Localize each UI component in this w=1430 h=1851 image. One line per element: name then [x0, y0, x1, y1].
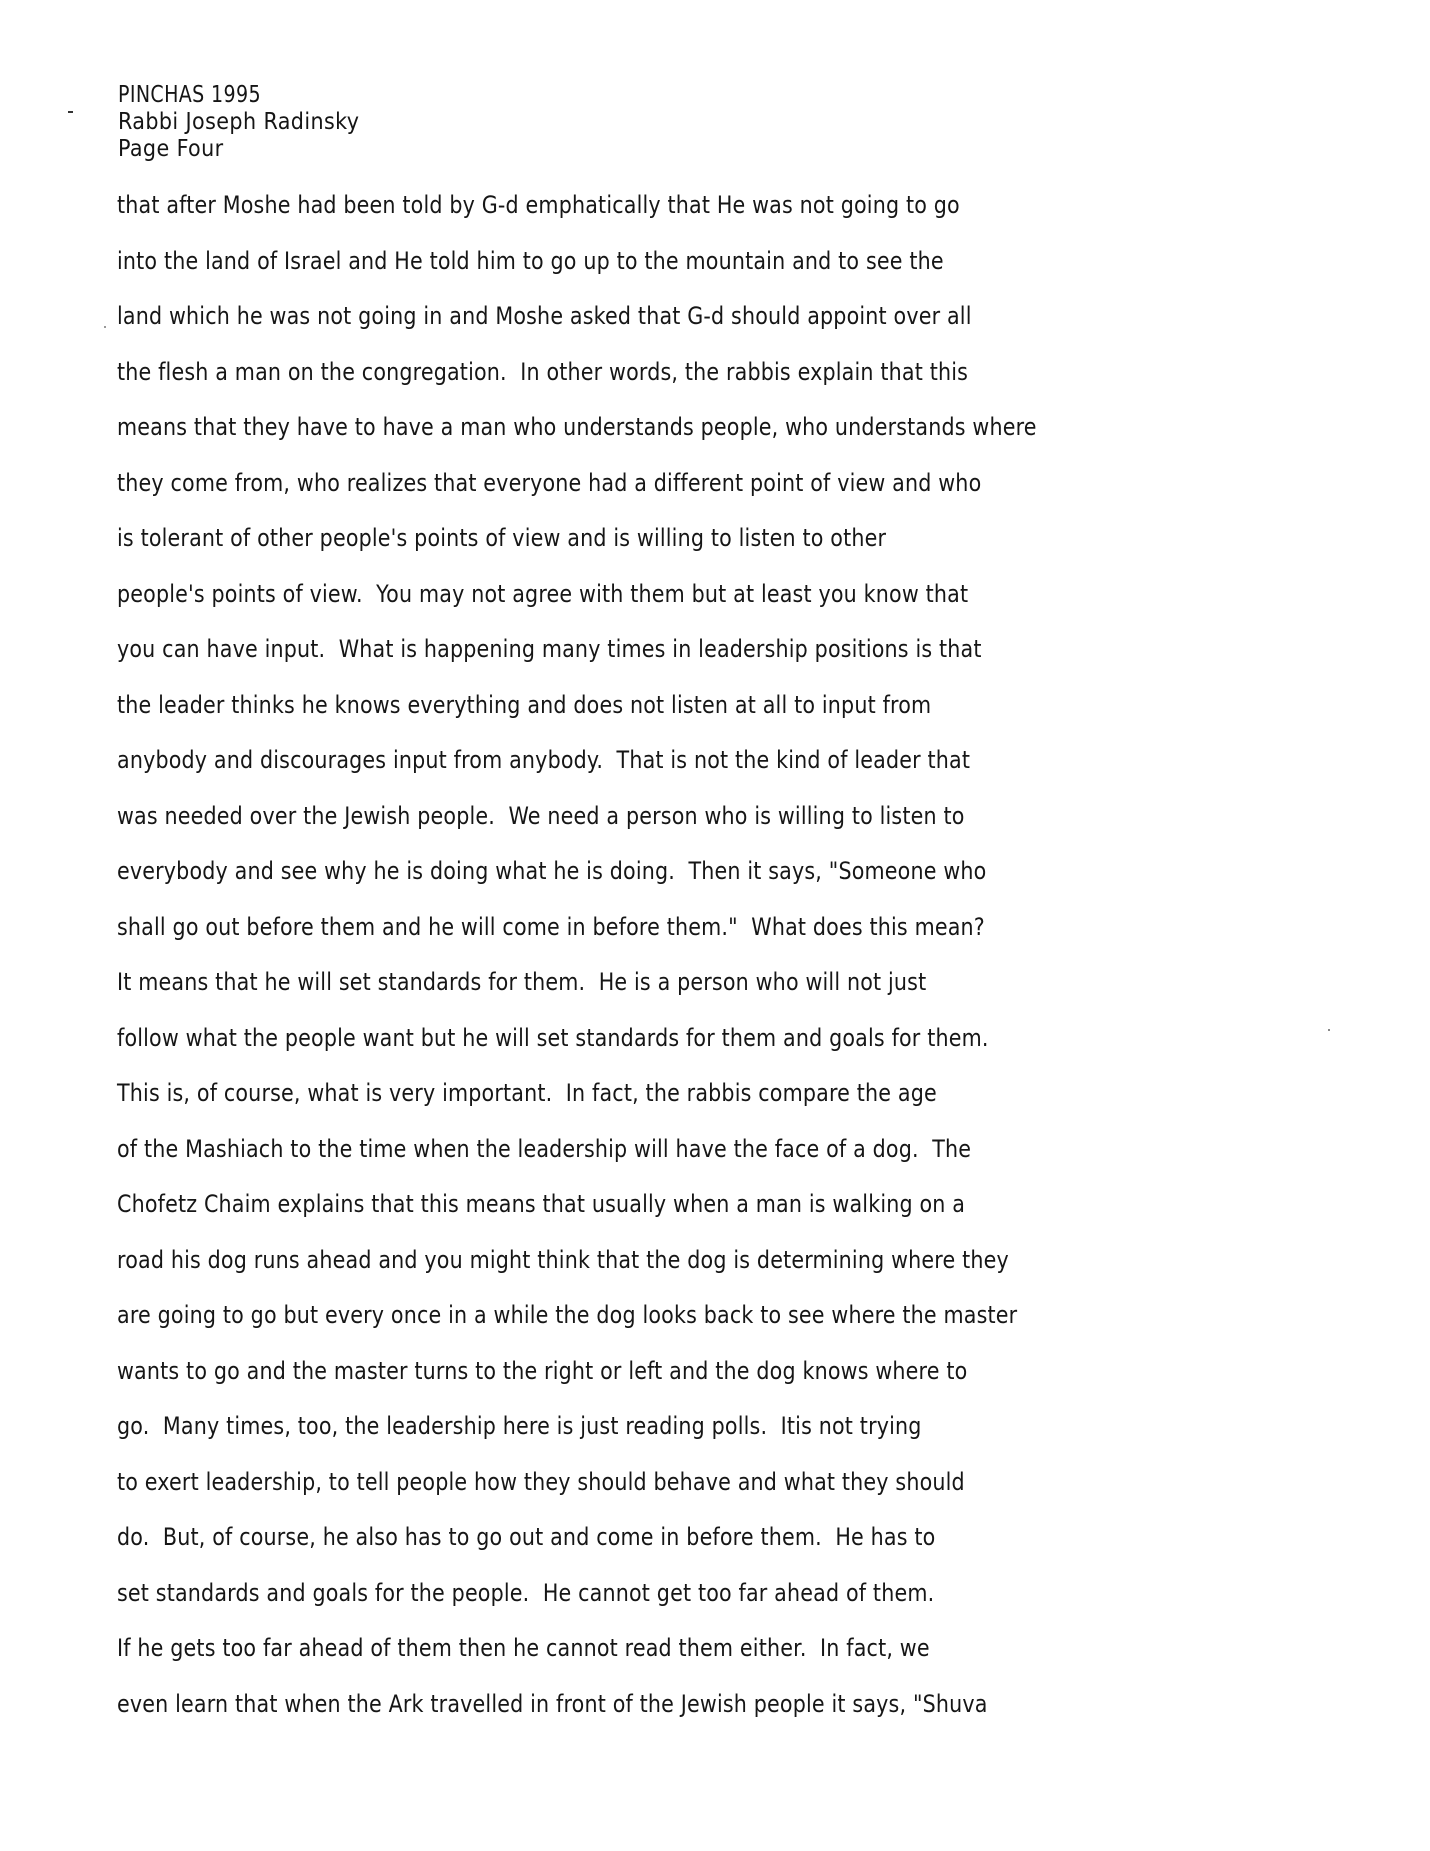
- text-line: means that they have to have a man who u…: [117, 410, 1106, 466]
- text-line: wants to go and the master turns to the …: [117, 1354, 1106, 1410]
- text-line: that after Moshe had been told by G-d em…: [117, 188, 1106, 244]
- text-line: was needed over the Jewish people. We ne…: [117, 799, 1106, 855]
- text-line: are going to go but every once in a whil…: [117, 1298, 1106, 1354]
- text-line: is tolerant of other people's points of …: [117, 521, 1106, 577]
- text-line: to exert leadership, to tell people how …: [117, 1465, 1106, 1521]
- scan-speck: [1328, 1029, 1330, 1031]
- text-line: people's points of view. You may not agr…: [117, 577, 1106, 633]
- scan-mark: [68, 111, 73, 113]
- text-line: they come from, who realizes that everyo…: [117, 466, 1106, 522]
- text-line: set standards and goals for the people. …: [117, 1576, 1106, 1632]
- text-line: This is, of course, what is very importa…: [117, 1076, 1106, 1132]
- text-line: anybody and discourages input from anybo…: [117, 743, 1106, 799]
- text-line: into the land of Israel and He told him …: [117, 244, 1106, 300]
- text-line: If he gets too far ahead of them then he…: [117, 1631, 1106, 1687]
- page-number: Page Four: [118, 136, 359, 163]
- text-line: Chofetz Chaim explains that this means t…: [117, 1187, 1106, 1243]
- text-line: the flesh a man on the congregation. In …: [117, 355, 1106, 411]
- body-text: that after Moshe had been told by G-d em…: [117, 188, 1267, 1742]
- page-header: PINCHAS 1995 Rabbi Joseph Radinsky Page …: [118, 82, 359, 163]
- text-line: go. Many times, too, the leadership here…: [117, 1409, 1106, 1465]
- document-page: PINCHAS 1995 Rabbi Joseph Radinsky Page …: [0, 0, 1430, 1851]
- text-line: follow what the people want but he will …: [117, 1021, 1106, 1077]
- document-title: PINCHAS 1995: [118, 82, 340, 109]
- text-line: do. But, of course, he also has to go ou…: [117, 1520, 1106, 1576]
- text-line: even learn that when the Ark travelled i…: [117, 1687, 1106, 1743]
- scan-speck: [104, 326, 106, 328]
- text-line: everybody and see why he is doing what h…: [117, 854, 1106, 910]
- text-line: you can have input. What is happening ma…: [117, 632, 1106, 688]
- text-line: the leader thinks he knows everything an…: [117, 688, 1106, 744]
- text-line: road his dog runs ahead and you might th…: [117, 1243, 1106, 1299]
- author-name: Rabbi Joseph Radinsky: [118, 109, 359, 136]
- text-line: shall go out before them and he will com…: [117, 910, 1106, 966]
- text-line: of the Mashiach to the time when the lea…: [117, 1132, 1106, 1188]
- text-line: It means that he will set standards for …: [117, 965, 1106, 1021]
- text-line: land which he was not going in and Moshe…: [117, 299, 1106, 355]
